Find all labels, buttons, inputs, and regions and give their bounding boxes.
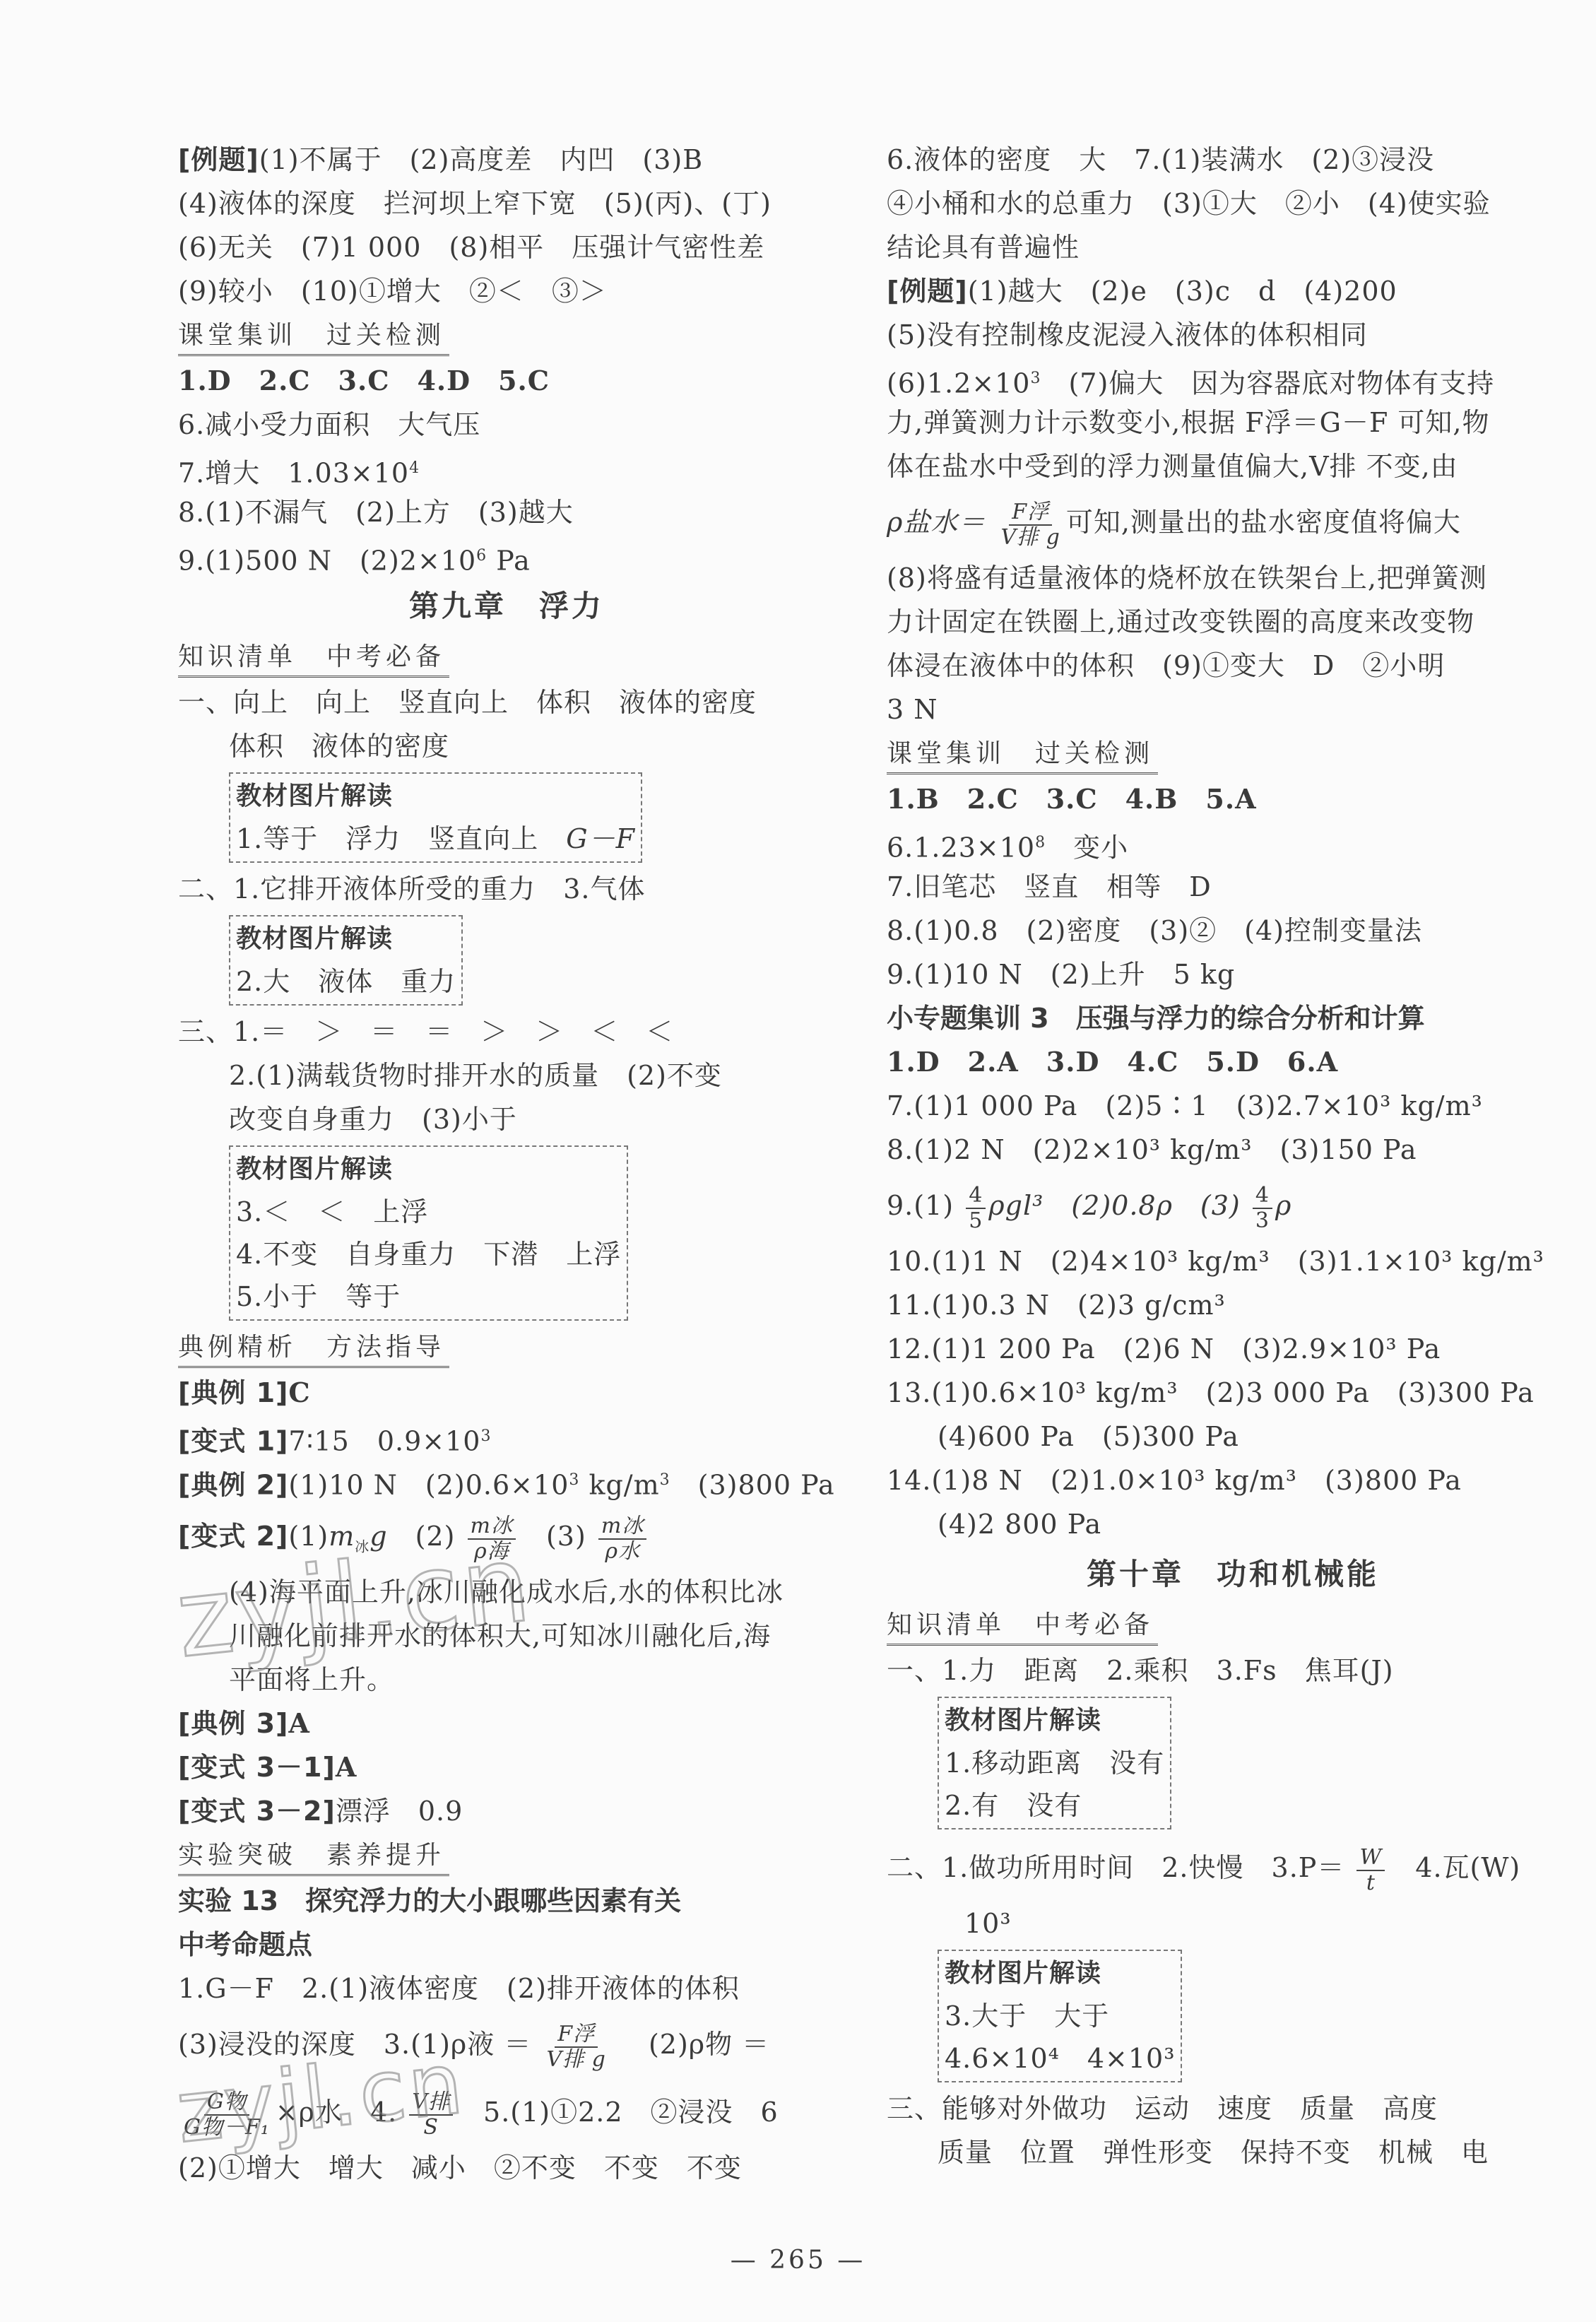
answer-line: (4)海平面上升,冰川融化成水后,水的体积比冰 — [178, 1570, 835, 1614]
answer-line: 一、1.力 距离 2.乘积 3.Fs 焦耳(J) — [887, 1649, 1579, 1692]
page-number: — 265 — — [0, 2246, 1596, 2275]
answer-text: 变小 — [1046, 832, 1128, 864]
answer-text: A — [288, 1707, 309, 1739]
right-column: 6.液体的密度 大 7.(1)装满水 (2)③浸没 ④小桶和水的总重力 (3)①… — [887, 138, 1579, 2174]
example-answer-line: [例题](1)越大 (2)e (3)c d (4)200 — [887, 269, 1579, 313]
box-title: 教材图片解读 — [945, 1952, 1175, 1995]
answer-line: (6)无关 (7)1 000 (8)相平 压强计气密性差 — [178, 225, 835, 269]
answer-text: (6)1.2×10 — [887, 368, 1030, 399]
textbook-figure-box: 教材图片解读 1.等于 浮力 竖直向上 G－F — [229, 772, 642, 863]
section-heading-knowledge-list: 知识清单 中考必备 — [178, 639, 449, 678]
formula: ρ盐水＝ — [887, 507, 986, 538]
answer-line: (6)1.2×103 (7)偏大 因为容器底对物体有支持 — [887, 357, 1579, 401]
answer-line: [变式 3－1]A — [178, 1745, 835, 1789]
box-line: 2.有 没有 — [945, 1784, 1164, 1827]
answer-line: (3)浸没的深度 3.(1)ρ液 ＝ F浮V排 g (2)ρ物 ＝ — [178, 2010, 835, 2078]
denominator: V排 g — [543, 2048, 608, 2072]
fraction: m冰ρ水 — [598, 1514, 646, 1564]
multiple-choice-answers: 1.D 2.C 3.C 4.D 5.C — [178, 359, 835, 403]
answer-text: 9.(1) — [887, 1190, 954, 1221]
answer-line: ④小桶和水的总重力 (3)①大 ②小 (4)使实验 — [887, 182, 1579, 225]
fraction: G物G物－F₁ — [181, 2090, 273, 2140]
exponent: 3 — [569, 1471, 579, 1489]
exponent: 6 — [476, 547, 487, 565]
answer-line: 三、1.＝ ＞ ＝ ＝ ＞ ＞ ＜ ＜ — [178, 1010, 835, 1054]
answer-line: 6.减小受力面积 大气压 — [178, 403, 835, 447]
answer-text: (1)10 N (2)0.6×10 — [288, 1470, 569, 1501]
answer-line: 7.(1)1 000 Pa (2)5∶1 (3)2.7×10³ kg/m³ — [887, 1084, 1579, 1128]
chapter-title-buoyancy: 第九章 浮力 — [178, 578, 835, 635]
answer-line: 一、向上 向上 竖直向上 体积 液体的密度 — [178, 680, 835, 724]
box-line: 4.不变 自身重力 下潜 上浮 — [236, 1233, 621, 1275]
answer-line: ρ盐水＝ F浮V排 g可知,测量出的盐水密度值将偏大 — [887, 488, 1579, 556]
answer-line: [变式 3－2]漂浮 0.9 — [178, 1789, 835, 1833]
math-symbol: ρ — [1275, 1190, 1291, 1221]
answer-line: 体浸在液体中的体积 (9)①变大 D ②小明 — [887, 644, 1579, 688]
answer-line: 12.(1)1 200 Pa (2)6 N (3)2.9×10³ Pa — [887, 1327, 1579, 1371]
numerator: F浮 — [555, 2022, 598, 2048]
exponent: 3 — [660, 1471, 670, 1489]
answer-line: [典例 2](1)10 N (2)0.6×103 kg/m3 (3)800 Pa — [178, 1458, 835, 1502]
answer-text: 7∶15 0.9×10 — [288, 1426, 480, 1457]
fraction: F浮V排 g — [998, 500, 1063, 550]
answer-line: 体在盐水中受到的浮力测量值偏大,V排 不变,由 — [887, 444, 1579, 488]
answer-line: 11.(1)0.3 N (2)3 g/cm³ — [887, 1283, 1579, 1327]
answer-text: 6.1.23×10 — [887, 832, 1035, 864]
topic-title: 小专题集训 3 压强与浮力的综合分析和计算 — [887, 996, 1579, 1040]
answer-text: (2)ρ物 ＝ — [621, 2029, 769, 2060]
answer-text: ρgl³ (2)0.8ρ (3) — [988, 1190, 1240, 1221]
answer-line: 结论具有普遍性 — [887, 225, 1579, 269]
answer-line: 改变自身重力 (3)小于 — [178, 1097, 835, 1141]
section-heading-class-training: 课堂集训 过关检测 — [887, 736, 1158, 774]
formula: G－F — [566, 823, 635, 854]
unit: kg/m — [579, 1470, 659, 1501]
answer-line: 10³ — [887, 1902, 1579, 1945]
answer-line: [变式 2](1)m冰g (2) m冰ρ海 (3) m冰ρ水 — [178, 1502, 835, 1570]
answer-line: (5)没有控制橡皮泥浸入液体的体积相同 — [887, 313, 1579, 357]
box-line: 1.等于 浮力 竖直向上 G－F — [236, 818, 635, 860]
variant-tag: [变式 3－2] — [178, 1796, 336, 1827]
answer-text: (3) — [519, 1521, 586, 1552]
answer-text: (7)偏大 因为容器底对物体有支持 — [1041, 368, 1494, 399]
denominator: V排 g — [998, 526, 1063, 550]
example-answer-line: [例题](1)不属于 (2)高度差 内凹 (3)B — [178, 138, 835, 182]
answer-text: (2) — [388, 1521, 456, 1552]
answer-line: 10.(1)1 N (2)4×10³ kg/m³ (3)1.1×10³ kg/m… — [887, 1239, 1579, 1283]
answer-line: [典例 1]C — [178, 1371, 835, 1415]
exponent: 3 — [480, 1427, 491, 1445]
numerator: 4 — [966, 1184, 986, 1209]
box-title: 教材图片解读 — [236, 775, 635, 818]
answer-text: 漂浮 0.9 — [336, 1796, 463, 1827]
answer-line: 8.(1)不漏气 (2)上方 (3)越大 — [178, 490, 835, 534]
box-line: 5.小于 等于 — [236, 1275, 621, 1318]
answer-line: G物G物－F₁×ρ水 4. V排S 5.(1)①2.2 ②浸没 6 — [178, 2078, 835, 2146]
section-heading-example-analysis: 典例精析 方法指导 — [178, 1329, 449, 1368]
answer-line: 9.(1)10 N (2)上升 5 kg — [887, 953, 1579, 996]
textbook-figure-box: 教材图片解读 2.大 液体 重力 — [229, 915, 463, 1006]
textbook-figure-box: 教材图片解读 1.移动距离 没有 2.有 没有 — [938, 1697, 1171, 1829]
denominator: 3 — [1253, 1209, 1272, 1233]
answer-text: 5.(1)①2.2 ②浸没 6 — [456, 2097, 779, 2128]
denominator: t — [1364, 1871, 1378, 1895]
exponent: 4 — [409, 459, 420, 477]
denominator: ρ水 — [602, 1540, 643, 1564]
answer-text: (3)800 Pa — [670, 1470, 835, 1501]
exponent: 8 — [1035, 834, 1046, 851]
example-tag: [典例 1] — [178, 1377, 288, 1408]
answer-line: [变式 1]7∶15 0.9×103 — [178, 1415, 835, 1458]
answer-line: 二、1.它排开液体所受的重力 3.气体 — [178, 867, 835, 911]
box-title: 教材图片解读 — [236, 1148, 621, 1191]
box-text: 1.等于 浮力 竖直向上 — [236, 823, 566, 854]
answer-line: 8.(1)2 N (2)2×10³ kg/m³ (3)150 Pa — [887, 1128, 1579, 1172]
answer-line: 体积 液体的密度 — [178, 724, 835, 768]
answer-line: 二、1.做功所用时间 2.快慢 3.P＝ Wt 4.瓦(W) — [887, 1834, 1579, 1902]
answer-line: 3 N — [887, 688, 1579, 731]
left-column: [例题](1)不属于 (2)高度差 内凹 (3)B (4)液体的深度 拦河坝上窄… — [178, 138, 835, 2190]
answer-line: 川融化前排开水的体积大,可知冰川融化后,海 — [178, 1614, 835, 1658]
box-title: 教材图片解读 — [945, 1699, 1164, 1742]
example-tag: [典例 3] — [178, 1708, 288, 1739]
answer-text: 可知,测量出的盐水密度值将偏大 — [1066, 507, 1461, 538]
answer-line: 6.液体的密度 大 7.(1)装满水 (2)③浸没 — [887, 138, 1579, 182]
answer-text: A — [336, 1751, 357, 1783]
multiple-choice-answers: 1.B 2.C 3.C 4.B 5.A — [887, 777, 1579, 821]
numerator: W — [1356, 1846, 1385, 1871]
fraction: 43 — [1253, 1184, 1272, 1233]
answer-line: [典例 3]A — [178, 1702, 835, 1745]
answer-line: 9.(1)500 N (2)2×106 Pa — [178, 534, 835, 578]
answer-text: 二、1.做功所用时间 2.快慢 3.P＝ — [887, 1852, 1344, 1883]
fraction: m冰ρ海 — [468, 1514, 516, 1564]
box-title: 教材图片解读 — [236, 918, 456, 960]
fraction: V排S — [409, 2090, 453, 2140]
experiment-title: 实验 13 探究浮力的大小跟哪些因素有关 — [178, 1879, 835, 1923]
answer-line: 平面将上升。 — [178, 1658, 835, 1702]
exam-points-heading: 中考命题点 — [178, 1923, 835, 1967]
subscript: 冰 — [355, 1538, 370, 1555]
answer-line: 1.G－F 2.(1)液体密度 (2)排开液体的体积 — [178, 1967, 835, 2010]
answer-line: 6.1.23×108 变小 — [887, 821, 1579, 865]
box-line: 3.大于 大于 — [945, 1995, 1175, 2037]
numerator: F浮 — [1009, 500, 1052, 526]
answer-line: 三、能够对外做功 运动 速度 质量 高度 — [887, 2087, 1579, 2131]
textbook-figure-box: 教材图片解读 3.大于 大于 4.6×10⁴ 4×10³ — [938, 1950, 1182, 2082]
math-symbol: m — [329, 1521, 355, 1552]
textbook-figure-box: 教材图片解读 3.＜ ＜ 上浮 4.不变 自身重力 下潜 上浮 5.小于 等于 — [229, 1145, 628, 1321]
variant-tag: [变式 1] — [178, 1426, 288, 1457]
denominator: G物－F₁ — [181, 2116, 273, 2140]
numerator: m冰 — [598, 1514, 646, 1540]
answer-line: (9)较小 (10)①增大 ②＜ ③＞ — [178, 269, 835, 313]
answer-line: 7.增大 1.03×104 — [178, 447, 835, 490]
answer-line: 7.旧笔芯 竖直 相等 D — [887, 865, 1579, 909]
answer-line: (4)2 800 Pa — [887, 1502, 1579, 1546]
answer-line: 2.(1)满载货物时排开水的质量 (2)不变 — [178, 1054, 835, 1097]
answer-line: (2)①增大 增大 减小 ②不变 不变 不变 — [178, 2146, 835, 2190]
denominator: 5 — [966, 1209, 986, 1233]
answer-text: 7.增大 1.03×10 — [178, 458, 409, 489]
answer-text: (3)浸没的深度 3.(1)ρ液 ＝ — [178, 2029, 531, 2060]
answer-line: 力,弹簧测力计示数变小,根据 F浮＝G－F 可知,物 — [887, 401, 1579, 444]
fraction: Wt — [1356, 1846, 1385, 1895]
section-heading-class-training: 课堂集训 过关检测 — [178, 317, 449, 356]
answer-text: (1)越大 (2)e (3)c d (4)200 — [968, 276, 1397, 307]
fraction: F浮V排 g — [543, 2022, 608, 2072]
answer-text: 4.瓦(W) — [1388, 1852, 1520, 1883]
section-heading-experiment: 实验突破 素养提升 — [178, 1837, 449, 1876]
answer-line: 14.(1)8 N (2)1.0×10³ kg/m³ (3)800 Pa — [887, 1458, 1579, 1502]
answer-line: 9.(1) 45ρgl³ (2)0.8ρ (3) 43ρ — [887, 1172, 1579, 1239]
numerator: m冰 — [468, 1514, 516, 1540]
answer-line: (4)600 Pa (5)300 Pa — [887, 1415, 1579, 1458]
numerator: G物 — [204, 2090, 249, 2116]
numerator: 4 — [1253, 1184, 1272, 1209]
example-tag: [典例 2] — [178, 1470, 288, 1501]
answer-text: 9.(1)500 N (2)2×10 — [178, 546, 476, 577]
variant-tag: [变式 3－1] — [178, 1752, 336, 1783]
answer-line: (4)液体的深度 拦河坝上窄下宽 (5)(丙)、(丁) — [178, 182, 835, 225]
box-line: 3.＜ ＜ 上浮 — [236, 1191, 621, 1233]
box-line: 2.大 液体 重力 — [236, 960, 456, 1003]
answer-line: 质量 位置 弹性形变 保持不变 机械 电 — [887, 2131, 1579, 2174]
answer-text: C — [288, 1377, 310, 1408]
answer-line: 8.(1)0.8 (2)密度 (3)② (4)控制变量法 — [887, 909, 1579, 953]
denominator: ρ海 — [471, 1540, 512, 1564]
answer-text: (1) — [288, 1521, 329, 1552]
chapter-title-work-energy: 第十章 功和机械能 — [887, 1546, 1579, 1603]
box-line: 4.6×10⁴ 4×10³ — [945, 2037, 1175, 2080]
example-tag: [例题] — [178, 144, 259, 175]
section-heading-knowledge-list: 知识清单 中考必备 — [887, 1607, 1158, 1646]
example-tag: [例题] — [887, 276, 968, 307]
exponent: 3 — [1030, 370, 1041, 387]
variant-tag: [变式 2] — [178, 1521, 288, 1552]
answer-line: (8)将盛有适量液体的烧杯放在铁架台上,把弹簧测 — [887, 556, 1579, 600]
example-answer-text: (1)不属于 (2)高度差 内凹 (3)B — [259, 144, 703, 175]
multiple-choice-answers: 1.D 2.A 3.D 4.C 5.D 6.A — [887, 1040, 1579, 1084]
fraction: 45 — [966, 1184, 986, 1233]
answer-line: 13.(1)0.6×10³ kg/m³ (2)3 000 Pa (3)300 P… — [887, 1371, 1579, 1415]
box-line: 1.移动距离 没有 — [945, 1742, 1164, 1784]
answer-text: ×ρ水 4. — [276, 2097, 397, 2128]
answer-line: 力计固定在铁圈上,通过改变铁圈的高度来改变物 — [887, 600, 1579, 644]
math-symbol: g — [370, 1521, 387, 1552]
numerator: V排 — [409, 2090, 453, 2116]
unit: Pa — [487, 546, 531, 577]
denominator: S — [420, 2116, 442, 2140]
